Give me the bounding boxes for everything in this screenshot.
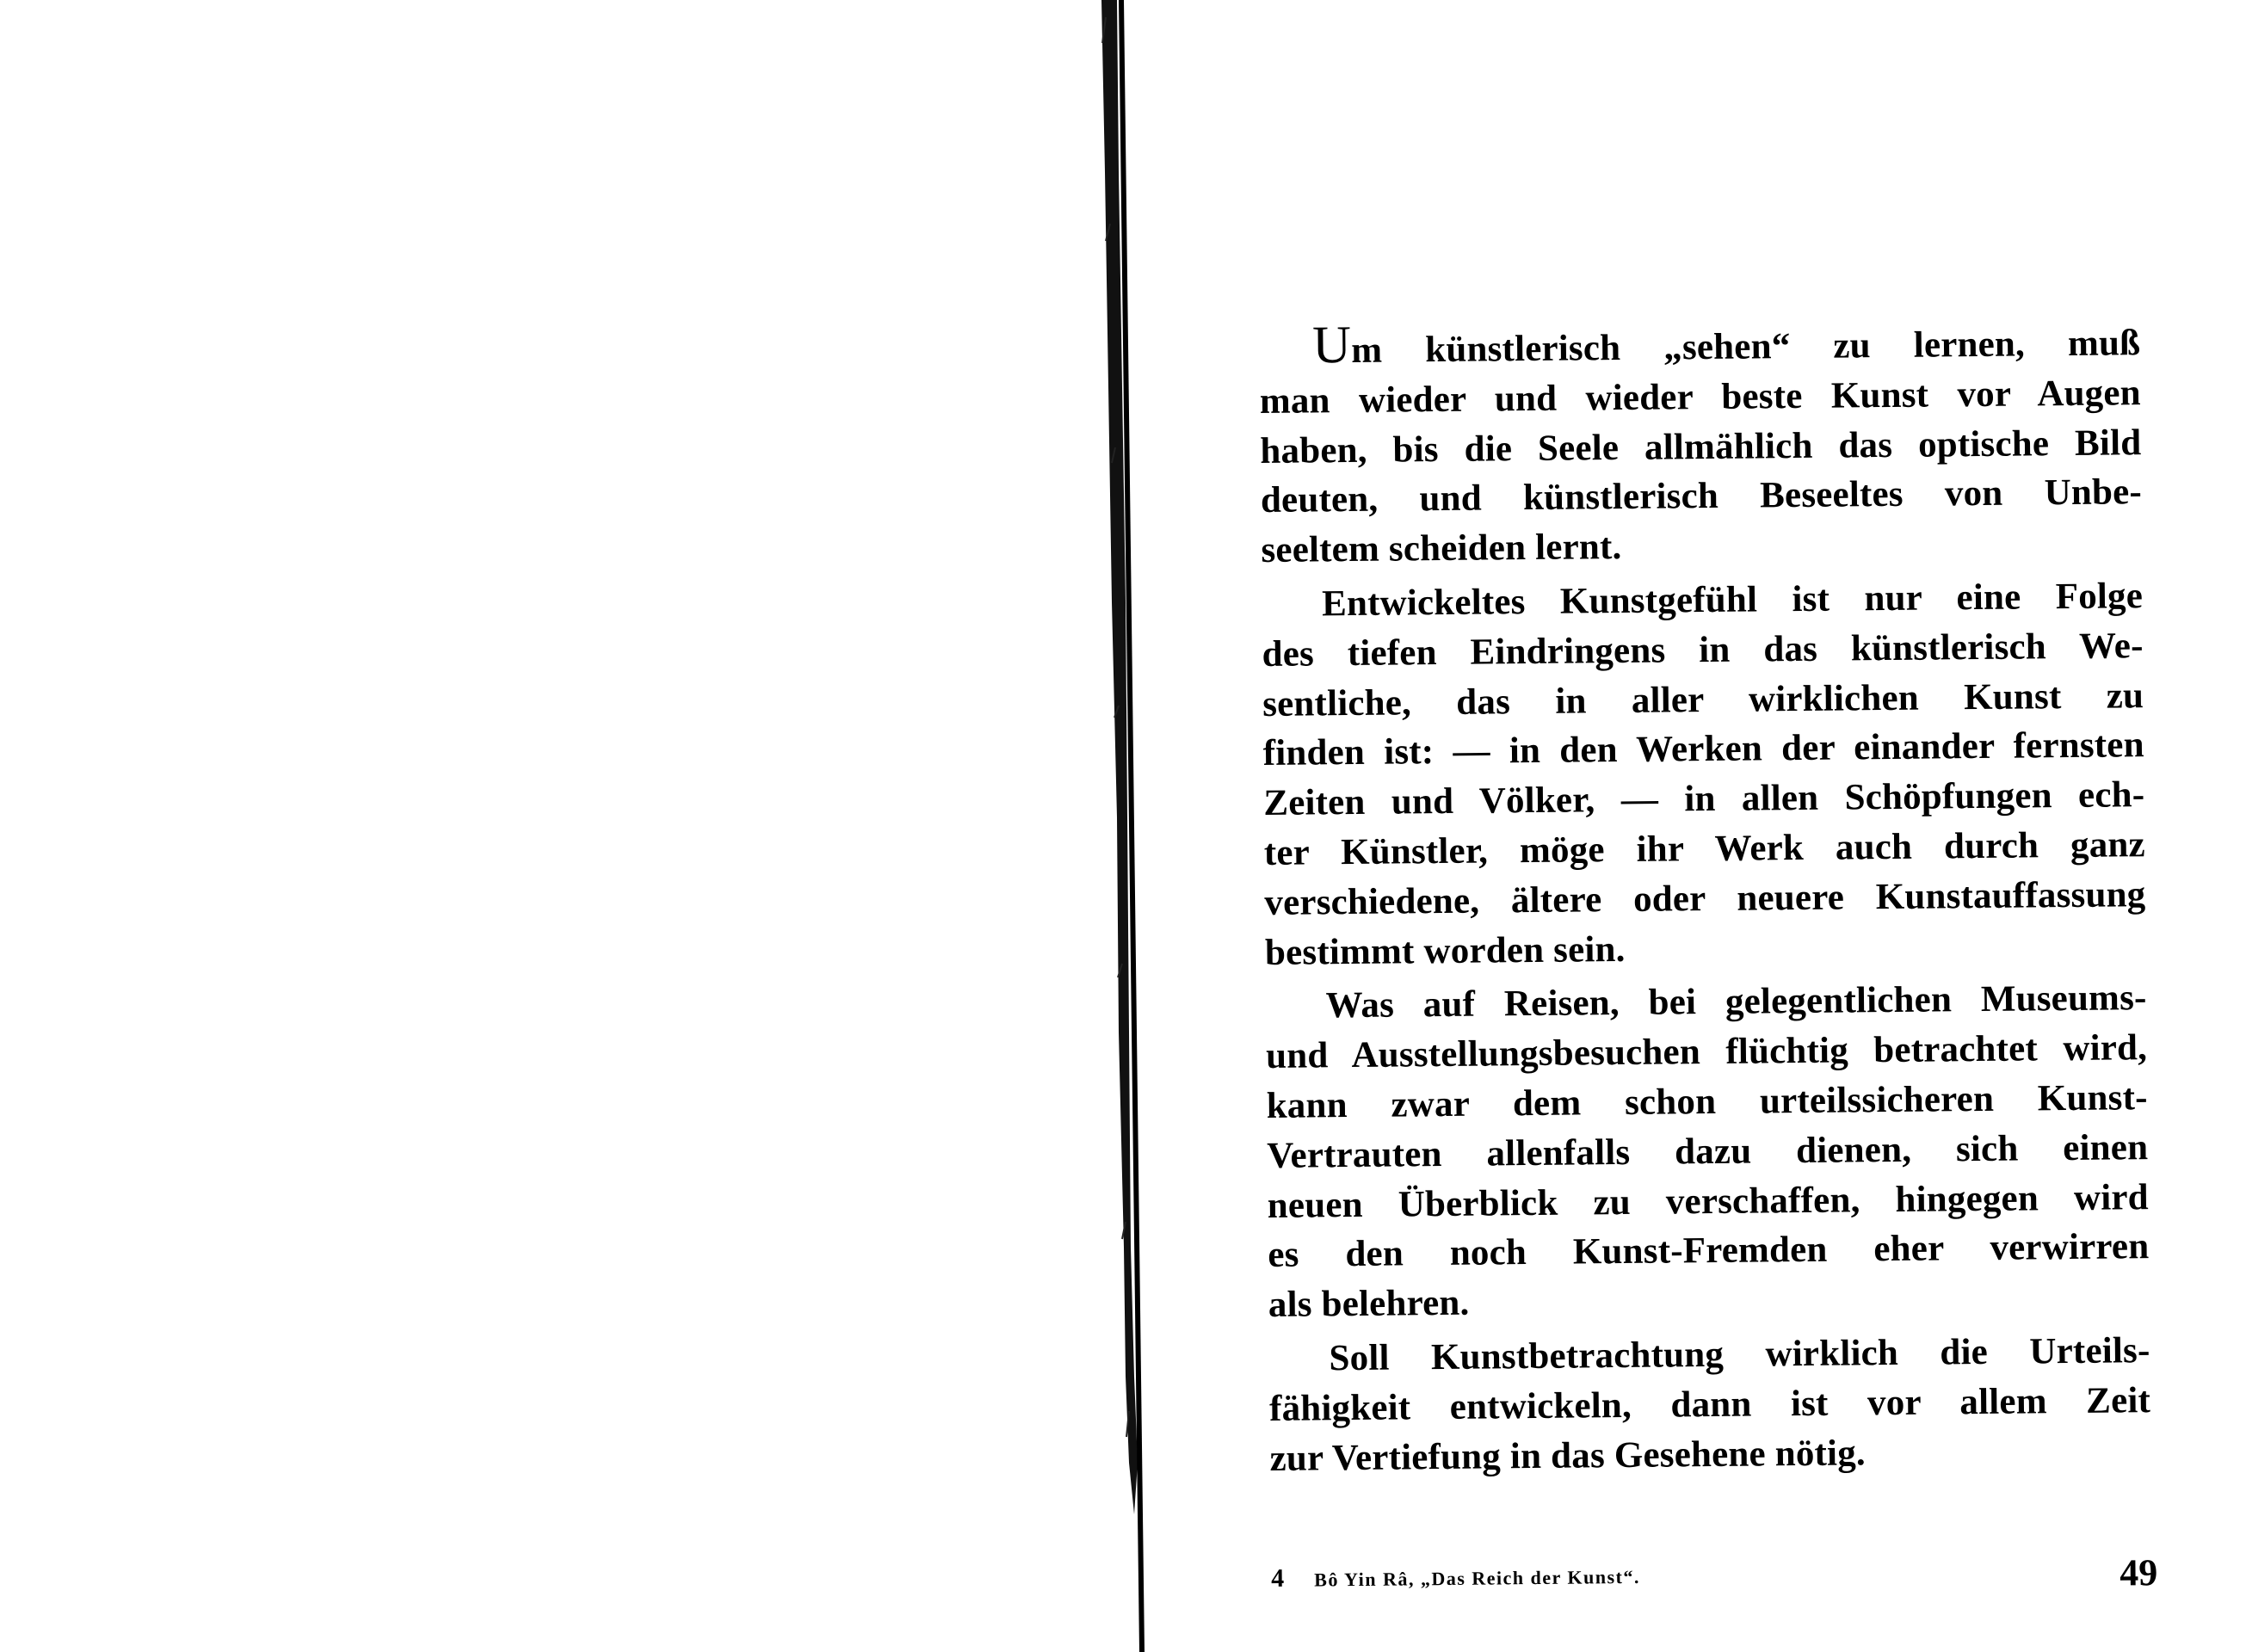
left-page-blank (0, 0, 1101, 1652)
text-line: Entwickeltes Kunstgefühl ist nur eine Fo… (1262, 571, 2144, 630)
text-line: sentliche, das in aller wirklichen Kunst… (1262, 671, 2144, 730)
text-line: haben, bis die Seele allmählich das opti… (1260, 418, 2142, 477)
text-line: seeltem scheiden lernt. (1261, 517, 2143, 576)
text-line: als belehren. (1268, 1272, 2150, 1330)
drop-cap: U (1312, 316, 1352, 374)
text-line: kann zwar dem schon urteilssicheren Kuns… (1266, 1073, 2148, 1131)
text-line: Vertrauten allenfalls dazu dienen, sich … (1267, 1123, 2149, 1181)
text-line: es den noch Kunst-Fremden eher verwirren (1268, 1222, 2150, 1280)
line-text: m künstlerisch „sehen“ zu lernen, muß (1351, 323, 2140, 371)
paragraph-2: Entwickeltes Kunstgefühl ist nur eine Fo… (1262, 571, 2146, 977)
text-line: neuen Überblick zu verschaffen, hingegen… (1268, 1173, 2150, 1231)
signature-number: 4 (1271, 1564, 1284, 1593)
text-line: Um künstlerisch „sehen“ zu lernen, muß (1259, 318, 2141, 377)
text-line: und Ausstellungsbesuchen flüchtig betrac… (1266, 1023, 2148, 1082)
text-line: ter Künstler, möge ihr Werk auch durch g… (1264, 820, 2146, 878)
paragraph-1: Um künstlerisch „sehen“ zu lernen, muß m… (1259, 318, 2143, 576)
text-line: zur Vertiefung in das Gesehene nötig. (1269, 1426, 2151, 1484)
paragraph-4: Soll Kunstbetrachtung wirklich die Urtei… (1268, 1326, 2151, 1483)
text-line: bestimmt worden sein. (1265, 920, 2147, 978)
text-line: finden ist: — in den Werken der einander… (1262, 721, 2144, 780)
text-line: man wieder und wieder beste Kunst vor Au… (1260, 368, 2142, 427)
paragraph-3: Was auf Reisen, bei gelegentlichen Museu… (1265, 973, 2150, 1329)
text-line: Zeiten und Völker, — in allen Schöpfunge… (1263, 770, 2145, 829)
text-line: Was auf Reisen, bei gelegentlichen Museu… (1265, 973, 2147, 1032)
text-line: des tiefen Eindringens in das künstleris… (1262, 621, 2144, 680)
body-text: Um künstlerisch „sehen“ zu lernen, muß m… (1259, 318, 2151, 1488)
signature-title: Bô Yin Râ, „Das Reich der Kunst“. (1314, 1566, 1640, 1592)
text-line: verschiedene, ältere oder neuere Kunstau… (1264, 870, 2146, 928)
text-line: Soll Kunstbetrachtung wirklich die Urtei… (1268, 1326, 2150, 1384)
page-number: 49 (2120, 1550, 2157, 1594)
text-line: deuten, und künstlerisch Beseeltes von U… (1261, 468, 2143, 527)
page-footer: 4 Bô Yin Râ, „Das Reich der Kunst“. 49 (1271, 1550, 2157, 1602)
text-line: fähigkeit entwickeln, dann ist vor allem… (1269, 1376, 2151, 1434)
